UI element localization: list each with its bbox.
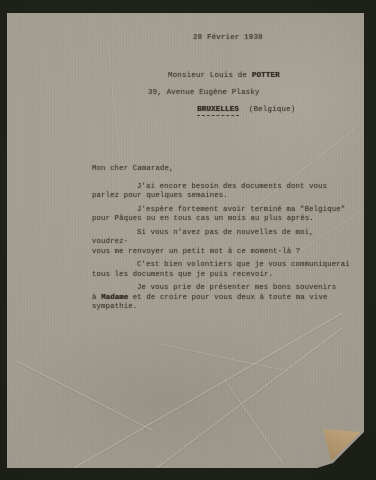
crease-line <box>146 328 343 477</box>
letter-date: 28 Février 1938 <box>193 34 263 42</box>
recipient-country: (Belgique) <box>249 106 296 114</box>
recipient-surname: POTTER <box>252 72 280 80</box>
scan-background: 28 Février 1938 Monsieur Louis de POTTER… <box>0 0 376 480</box>
paragraph-2: J'espère fortement avoir terminé ma "Bel… <box>92 206 354 225</box>
crease-line <box>222 378 284 465</box>
crease-line <box>106 44 120 159</box>
recipient-city: BRUXELLES <box>197 106 239 116</box>
recipient-city-line: BRUXELLES(Belgique) <box>197 102 295 119</box>
recipient-title: Monsieur Louis de <box>168 72 252 80</box>
closing-part2: et de croire pour vous deux à toute ma v… <box>92 294 328 312</box>
paragraph-1: J'ai encore besoin des documents dont vo… <box>92 183 354 202</box>
paragraph-4: C'est bien volontiers que je vous commun… <box>92 261 354 280</box>
letter-body: Mon cher Camarade, J'ai encore besoin de… <box>92 165 354 317</box>
letter-paper: 28 Février 1938 Monsieur Louis de POTTER… <box>7 13 364 468</box>
folded-corner-flap <box>317 423 367 467</box>
closing-name: Madame <box>101 294 128 302</box>
crease-line <box>15 360 154 432</box>
paper-shading <box>7 293 364 468</box>
closing-paragraph: Je vous prie de présenter mes bons souve… <box>92 284 354 313</box>
recipient-block: Monsieur Louis de POTTER 39, Avenue Eugè… <box>148 68 295 119</box>
recipient-street: 39, Avenue Eugène Plasky <box>148 85 295 102</box>
crease-line <box>70 313 344 472</box>
recipient-name: Monsieur Louis de POTTER <box>168 68 295 85</box>
salutation: Mon cher Camarade, <box>92 165 354 175</box>
paragraph-3: Si vous n'avez pas de nouvelles de moi, … <box>92 229 354 258</box>
